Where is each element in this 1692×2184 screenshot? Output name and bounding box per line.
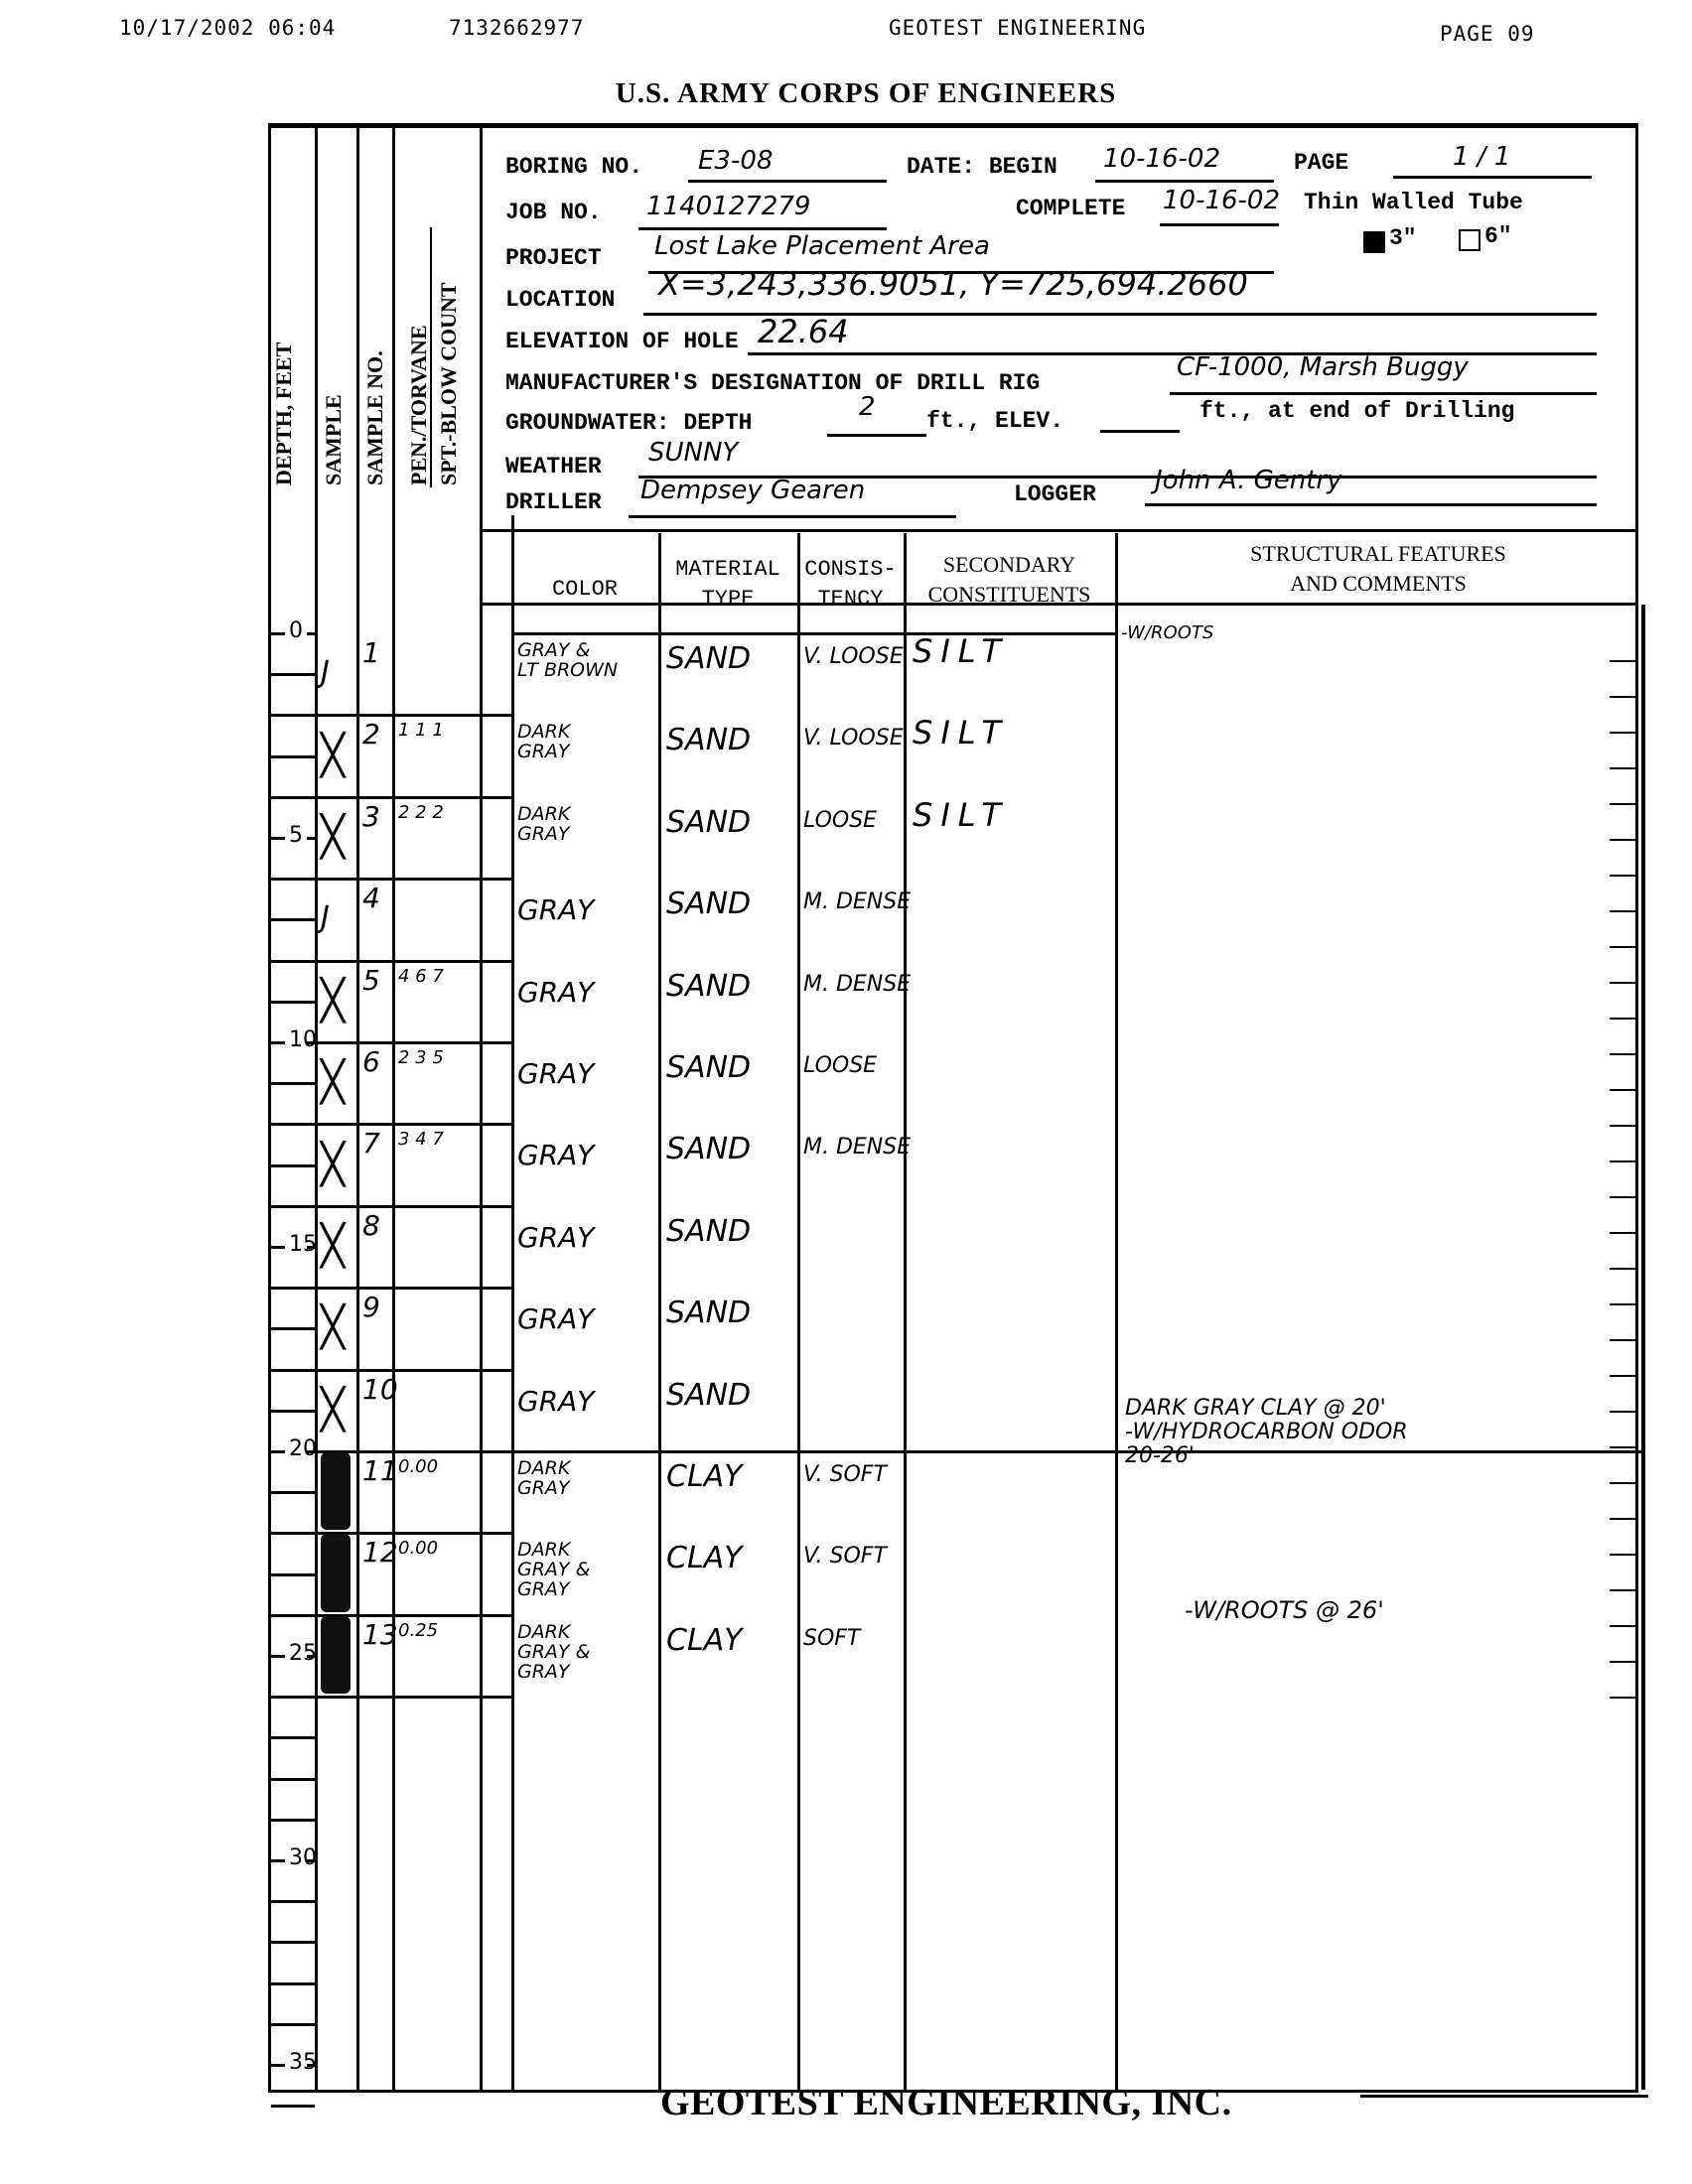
depth-tick (271, 673, 315, 676)
scale-tick (1610, 1411, 1637, 1413)
material-type: CLAY (666, 1464, 743, 1490)
soil-color: DARK GRAY & GRAY (517, 1622, 590, 1682)
scale-tick (1610, 1232, 1637, 1234)
depth-tick (271, 1655, 285, 1658)
divider (315, 1369, 511, 1372)
split-spoon-x-icon: ╳ (321, 1145, 345, 1184)
depth-tick (271, 1900, 315, 1903)
material-type: SAND (666, 1300, 751, 1326)
project-field[interactable]: Lost Lake Placement Area (654, 231, 990, 261)
shelby-tube-fill-icon (321, 1616, 351, 1694)
blow-count: 2 2 2 (398, 804, 444, 821)
depth-label: 0 (289, 618, 303, 643)
groundwater-depth-field[interactable]: 2 (859, 392, 876, 422)
date-begin-field[interactable]: 10-16-02 (1103, 144, 1220, 174)
material-type: SAND (666, 891, 751, 917)
driller-field[interactable]: Dempsey Gearen (640, 476, 865, 505)
depth-tick (307, 632, 317, 635)
depth-label: 25 (289, 1641, 317, 1666)
consistency: V. SOFT (803, 1462, 887, 1488)
scale-tick (1610, 1339, 1637, 1341)
consistency: M. DENSE (803, 889, 911, 915)
divider (658, 533, 661, 2090)
spt-blow-count-header: SPT.-BLOW COUNT (436, 282, 462, 485)
divider (315, 714, 511, 717)
depth-tick (271, 1410, 315, 1413)
underline (1145, 503, 1597, 506)
soil-color: DARK GRAY (517, 722, 570, 761)
project-label: PROJECT (505, 245, 602, 271)
fax-sender: GEOTEST ENGINEERING (889, 16, 1146, 40)
depth-tick (271, 1859, 285, 1862)
divider (511, 1450, 1641, 1453)
boring-no-label: BORING NO. (505, 154, 642, 180)
sample-no-header: SAMPLE NO. (362, 350, 388, 485)
thin-walled-tube-label: Thin Walled Tube (1304, 190, 1523, 215)
secondary-constituent: SILT (913, 720, 1009, 746)
page-label: PAGE (1294, 150, 1348, 176)
blow-count: 1 1 1 (398, 722, 444, 739)
shelby-tube-fill-icon (321, 1534, 351, 1611)
divider (904, 533, 907, 2090)
divider (315, 1287, 511, 1290)
scale-tick (1610, 1018, 1637, 1020)
soil-color: GRAY (517, 1225, 594, 1251)
sample-no: 1 (362, 640, 380, 666)
weather-label: WEATHER (505, 454, 602, 479)
depth-tick (271, 1123, 315, 1126)
scale-tick (1610, 1697, 1637, 1699)
jar-sample-icon: J (321, 653, 330, 693)
scale-tick (1610, 982, 1637, 984)
sample-no: 2 (362, 722, 380, 748)
depth-tick (271, 1164, 315, 1167)
split-spoon-x-icon: ╳ (321, 736, 345, 775)
scale-tick (1610, 1661, 1637, 1663)
color-col-header: COLOR (511, 575, 658, 605)
divider (315, 1123, 511, 1126)
scale-tick (1610, 1268, 1637, 1270)
groundwater-label: GROUNDWATER: DEPTH (505, 410, 752, 436)
soil-color: GRAY & LT BROWN (517, 640, 618, 680)
depth-tick (271, 837, 285, 840)
signature-line (1360, 2095, 1648, 2098)
driller-label: DRILLER (505, 489, 602, 515)
depth-tick (271, 1287, 315, 1290)
material-type: CLAY (666, 1546, 743, 1571)
depth-tick (271, 1041, 285, 1044)
comment-roots: -W/ROOTS (1121, 624, 1213, 641)
blow-count: 3 4 7 (398, 1131, 444, 1148)
divider (315, 1041, 511, 1044)
depth-tick (271, 1778, 315, 1781)
material-col-header: MATERIAL TYPE (658, 555, 797, 614)
divider (511, 632, 1115, 635)
depth-tick (271, 1369, 315, 1372)
scale-tick (1610, 1446, 1637, 1448)
divider (480, 529, 1635, 532)
shelby-tube-fill-icon (321, 1452, 351, 1530)
sample-header: SAMPLE (321, 394, 347, 485)
material-type: SAND (666, 646, 751, 672)
comment-roots-26: -W/ROOTS @ 26' (1185, 1597, 1384, 1623)
scale-tick (1610, 732, 1637, 734)
depth-tick (271, 2023, 315, 2026)
consistency: LOOSE (803, 808, 877, 834)
consistency-col-header: CONSIS- TENCY (797, 555, 904, 614)
underline (688, 180, 887, 183)
depth-tick (271, 1001, 315, 1004)
divider (315, 796, 511, 799)
depth-tick (271, 1082, 315, 1085)
underline (1170, 392, 1597, 395)
fax-page: PAGE 09 (1440, 22, 1535, 46)
consistency: SOFT (803, 1626, 860, 1652)
sample-no: 4 (362, 886, 380, 911)
sample-no: 11 (362, 1458, 398, 1484)
scale-tick (1610, 1125, 1637, 1127)
depth-tick (271, 878, 315, 881)
pen-torvane-header: PEN./TORVANE (406, 325, 432, 485)
logger-label: LOGGER (1014, 481, 1096, 507)
location-label: LOCATION (505, 287, 615, 313)
soil-color: GRAY (517, 980, 594, 1006)
depth-tick (271, 1491, 315, 1494)
boring-no-field[interactable]: E3-08 (698, 146, 773, 176)
underline (1393, 176, 1592, 179)
divider (1641, 605, 1645, 2090)
divider (392, 128, 395, 2090)
depth-tick (271, 1941, 315, 1944)
soil-color: GRAY (517, 1389, 594, 1415)
drill-rig-label: MANUFACTURER'S DESIGNATION OF DRILL RIG (505, 370, 1040, 396)
complete-label: COMPLETE (1016, 196, 1125, 221)
sample-no: 12 (362, 1540, 398, 1566)
scale-tick (1610, 839, 1637, 841)
material-type: SAND (666, 728, 751, 753)
depth-tick (271, 1327, 315, 1330)
date-begin-label: DATE: BEGIN (907, 154, 1057, 180)
split-spoon-x-icon: ╳ (321, 1390, 345, 1430)
soil-color: GRAY (517, 897, 594, 923)
company-footer: GEOTEST ENGINEERING, INC. (660, 2081, 1232, 2124)
split-spoon-x-icon: ╳ (321, 1307, 345, 1347)
scale-tick (1610, 910, 1637, 912)
consistency: V. LOOSE (803, 726, 904, 751)
divider (480, 128, 483, 2090)
location-field[interactable]: X=3,243,336.9051, Y=725,694.2660 (658, 265, 1248, 303)
consistency: M. DENSE (803, 972, 911, 998)
underline (1095, 180, 1274, 183)
material-type: SAND (666, 1055, 751, 1081)
depth-tick (271, 1819, 315, 1822)
soil-color: GRAY (517, 1306, 594, 1332)
sample-no: 3 (362, 804, 380, 830)
sample-no: 9 (362, 1295, 380, 1320)
material-type: SAND (666, 1137, 751, 1162)
depth-tick (271, 1736, 315, 1739)
soil-color: GRAY (517, 1143, 594, 1168)
depth-tick (271, 1205, 315, 1208)
scale-tick (1610, 875, 1637, 877)
divider (315, 878, 511, 881)
consistency: V. SOFT (803, 1544, 887, 1570)
depth-tick (271, 1614, 315, 1617)
divider (430, 227, 432, 487)
material-type: SAND (666, 810, 751, 836)
divider (315, 1205, 511, 1208)
elevation-field[interactable]: 22.64 (758, 313, 849, 350)
split-spoon-x-icon: ╳ (321, 981, 345, 1021)
divider (356, 128, 359, 2090)
fax-datetime: 10/17/2002 06:04 (119, 16, 336, 40)
sample-no: 8 (362, 1213, 380, 1239)
scale-tick (1610, 1089, 1637, 1091)
sample-no: 5 (362, 968, 380, 994)
split-spoon-x-icon: ╳ (321, 1226, 345, 1266)
consistency: LOOSE (803, 1053, 877, 1079)
consistency: M. DENSE (803, 1135, 911, 1160)
end-of-drilling-label: ft., at end of Drilling (1199, 398, 1514, 424)
soil-color: DARK GRAY & GRAY (517, 1540, 590, 1599)
depth-label: 15 (289, 1232, 317, 1257)
split-spoon-x-icon: ╳ (321, 817, 345, 857)
soil-color: GRAY (517, 1061, 594, 1087)
job-no-label: JOB NO. (505, 200, 602, 225)
blow-count: 2 3 5 (398, 1049, 444, 1066)
depth-label: 5 (289, 823, 303, 848)
consistency: V. LOOSE (803, 644, 904, 670)
divider (315, 128, 318, 2090)
underline (1160, 223, 1279, 226)
depth-label: 30 (289, 1845, 317, 1870)
blow-count: 0.25 (398, 1622, 438, 1639)
blow-count: 0.00 (398, 1540, 438, 1557)
underline (748, 352, 1597, 355)
secondary-constituent: SILT (913, 638, 1009, 664)
material-type: CLAY (666, 1628, 743, 1654)
depth-tick (271, 2105, 315, 2108)
material-type: SAND (666, 1219, 751, 1245)
scale-tick (1610, 1303, 1637, 1305)
depth-tick (271, 632, 285, 635)
depth-tick (271, 1532, 315, 1535)
depth-tick (271, 796, 315, 799)
scale-tick (1610, 767, 1637, 769)
boring-log-form: DEPTH, FEET SAMPLE SAMPLE NO. PEN./TORVA… (268, 123, 1638, 2093)
depth-tick (271, 1696, 315, 1699)
sample-no: 13 (362, 1622, 398, 1648)
sample-no: 6 (362, 1049, 380, 1075)
scale-tick (1610, 1375, 1637, 1377)
depth-tick (271, 714, 315, 717)
depth-tick (271, 960, 315, 963)
scale-tick (1610, 946, 1637, 948)
scale-tick (1610, 1482, 1637, 1484)
weather-field[interactable]: SUNNY (648, 438, 738, 468)
underline (827, 434, 926, 437)
divider (315, 960, 511, 963)
fax-phone: 7132662977 (449, 16, 584, 40)
depth-tick (271, 1246, 285, 1249)
scale-tick (1610, 1053, 1637, 1055)
depth-tick (271, 755, 315, 758)
tube-6in-label: 6" (1484, 223, 1512, 249)
comment-hydrocarbon: DARK GRAY CLAY @ 20' -W/HYDROCARBON ODOR… (1125, 1397, 1408, 1468)
structural-col-header: STRUCTURAL FEATURES AND COMMENTS (1115, 539, 1641, 599)
tube-6in-checkbox[interactable] (1459, 229, 1480, 251)
scale-tick (1610, 1554, 1637, 1556)
secondary-constituent: SILT (913, 802, 1009, 828)
divider (511, 515, 514, 2090)
scale-tick (1610, 1589, 1637, 1591)
scale-tick (1610, 1518, 1637, 1520)
material-type: SAND (666, 1383, 751, 1409)
sample-no: 7 (362, 1131, 380, 1157)
depth-tick (271, 2064, 285, 2067)
page-title: U.S. ARMY CORPS OF ENGINEERS (0, 77, 1692, 110)
divider (1115, 533, 1118, 2090)
drill-rig-field[interactable]: CF-1000, Marsh Buggy (1177, 352, 1469, 382)
split-spoon-x-icon: ╳ (321, 1062, 345, 1102)
depth-label: 10 (289, 1027, 317, 1052)
blow-count: 0.00 (398, 1458, 438, 1475)
underline (629, 515, 956, 518)
ft-elev-label: ft., ELEV. (926, 408, 1063, 434)
soil-color: DARK GRAY (517, 1458, 570, 1498)
depth-tick (271, 1573, 315, 1576)
jar-sample-icon: J (321, 898, 330, 938)
depth-label: 35 (289, 2050, 317, 2075)
depth-tick (271, 918, 315, 921)
depth-header: DEPTH, FEET (271, 342, 297, 485)
divider (797, 533, 800, 2090)
depth-tick (307, 837, 317, 840)
blow-count: 4 6 7 (398, 968, 444, 985)
elevation-label: ELEVATION OF HOLE (505, 329, 739, 354)
scale-tick (1610, 1196, 1637, 1198)
scale-tick (1610, 1160, 1637, 1162)
sample-no: 10 (362, 1377, 398, 1403)
groundwater-elev-field (1100, 430, 1180, 433)
depth-tick (271, 1450, 285, 1453)
logger-field[interactable]: John A. Gentry (1155, 466, 1342, 495)
tube-3in-checkbox[interactable] (1363, 231, 1385, 253)
material-type: SAND (666, 974, 751, 1000)
divider (315, 1696, 511, 1699)
secondary-col-header: SECONDARY CONSTITUENTS (904, 550, 1115, 610)
scale-tick (1610, 803, 1637, 805)
job-no-field[interactable]: 1140127279 (646, 192, 810, 221)
depth-label: 20 (289, 1436, 317, 1461)
tube-3in-label: 3" (1389, 225, 1417, 251)
scale-tick (1610, 696, 1637, 698)
depth-tick (271, 1982, 315, 1985)
scale-tick (1610, 1625, 1637, 1627)
date-complete-field[interactable]: 10-16-02 (1163, 186, 1280, 215)
scale-tick (1610, 660, 1637, 662)
soil-color: DARK GRAY (517, 804, 570, 844)
page-field[interactable]: 1 / 1 (1453, 142, 1510, 172)
underline (638, 227, 887, 230)
